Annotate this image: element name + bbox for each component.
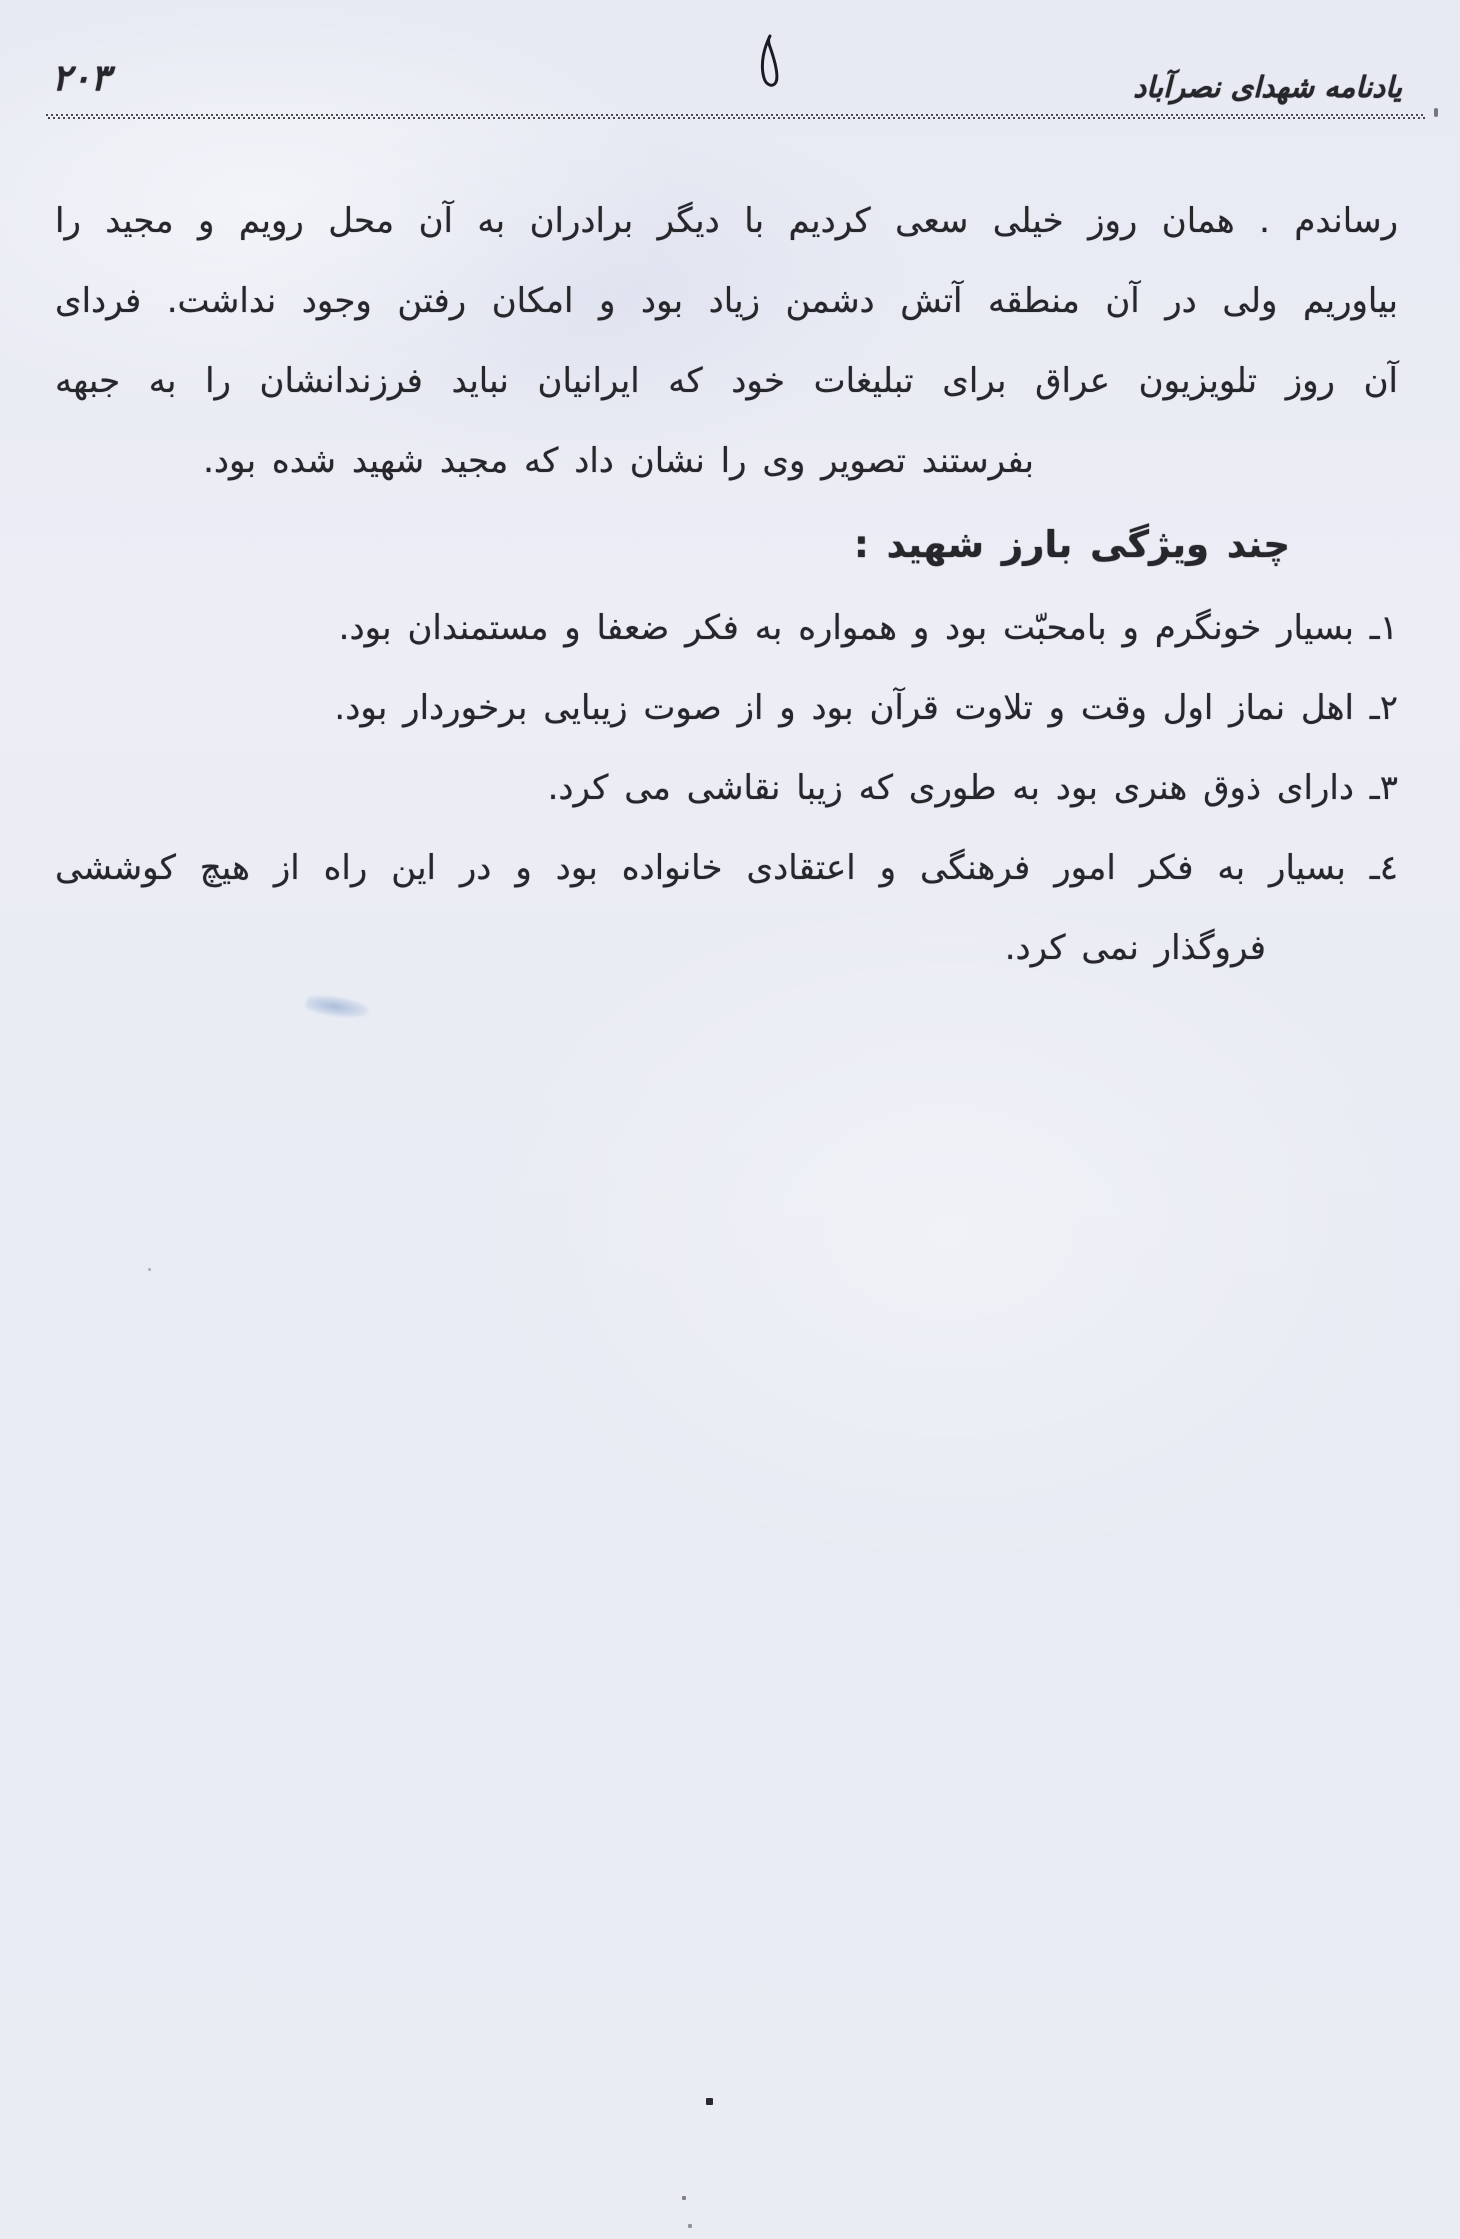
- section-heading: چند ویژگی بارز شهید :: [854, 522, 1290, 568]
- ink-smudge: [305, 993, 371, 1022]
- list-item-line: ۲ـ اهل نماز اول وقت و تلاوت قرآن بود و ا…: [334, 685, 1398, 731]
- pen-mark: [742, 30, 802, 100]
- paragraph-line: بیاوریم ولی در آن منطقه آتش دشمن زیاد بو…: [55, 278, 1398, 324]
- list-item-line: ۱ـ بسیار خونگرم و بامحبّت بود و همواره ب…: [339, 605, 1398, 651]
- speck-dot: [688, 2224, 692, 2228]
- scanned-book-page: ۲۰۳ یادنامه شهدای نصرآباد رساندم . همان …: [0, 0, 1460, 2239]
- speck-dot: [1434, 108, 1438, 117]
- list-item-line: ۳ـ دارای ذوق هنری بود به طوری که زیبا نق…: [548, 765, 1398, 811]
- list-item-line: فروگذار نمی کرد.: [1005, 925, 1266, 971]
- header-dotted-rule: [46, 114, 1426, 119]
- paragraph-line: رساندم . همان روز خیلی سعی کردیم با دیگر…: [55, 198, 1398, 244]
- speck-dot: [682, 2196, 686, 2200]
- book-header-title: یادنامه شهدای نصرآباد: [1133, 70, 1402, 104]
- page-number: ۲۰۳: [52, 58, 110, 99]
- speck-dot: [148, 1268, 151, 1271]
- list-item-line: ٤ـ بسیار به فکر امور فرهنگی و اعتقادی خا…: [55, 845, 1398, 891]
- speck-dot: [706, 2098, 713, 2105]
- paragraph-line: آن روز تلویزیون عراق برای تبلیغات خود که…: [55, 358, 1398, 404]
- paragraph-line: بفرستند تصویر وی را نشان داد که مجید شهی…: [203, 438, 1034, 484]
